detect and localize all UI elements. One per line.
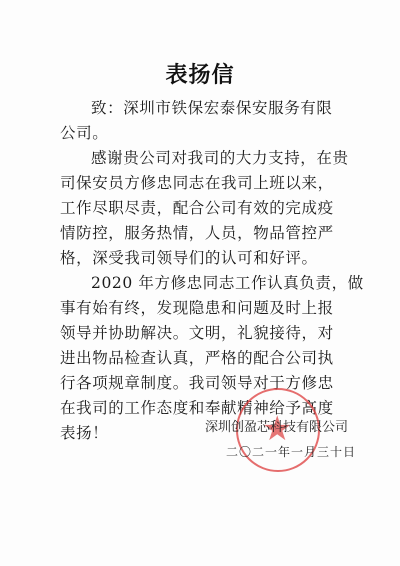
signature-company: 深圳创盈芯科技有限公司: [205, 416, 348, 435]
body-line: 情防控，服务热情，人员，物品管控严: [60, 221, 342, 246]
body-line: 司保安员方修忠同志在我司上班以来，: [60, 171, 342, 196]
body-line: 公司。: [60, 121, 342, 146]
body-line: 2020 年方修忠同志工作认真负责，做: [60, 271, 342, 296]
body-line: 格，深受我司领导们的认可和好评。: [60, 246, 342, 271]
body-line: 行各项规章制度。我司领导对于方修忠: [60, 371, 342, 396]
body-line: 事有始有终，发现隐患和问题及时上报: [60, 296, 342, 321]
body-line: 感谢贵公司对我司的大力支持，在贵: [60, 146, 342, 171]
letter-page: 表扬信 致：深圳市铁保宏泰保安服务有限 公司。 感谢贵公司对我司的大力支持，在贵…: [0, 0, 400, 566]
body-line: 领导并协助解决。文明，礼貌接待，对: [60, 321, 342, 346]
body-line: 进出物品检查认真，严格的配合公司执: [60, 346, 342, 371]
signature-date: 二〇二一年一月三十日: [226, 443, 356, 460]
salutation-line: 致：深圳市铁保宏泰保安服务有限: [60, 96, 342, 121]
body-line: 工作尽职尽责，配合公司有效的完成疫: [60, 196, 342, 221]
letter-title: 表扬信: [0, 58, 400, 89]
